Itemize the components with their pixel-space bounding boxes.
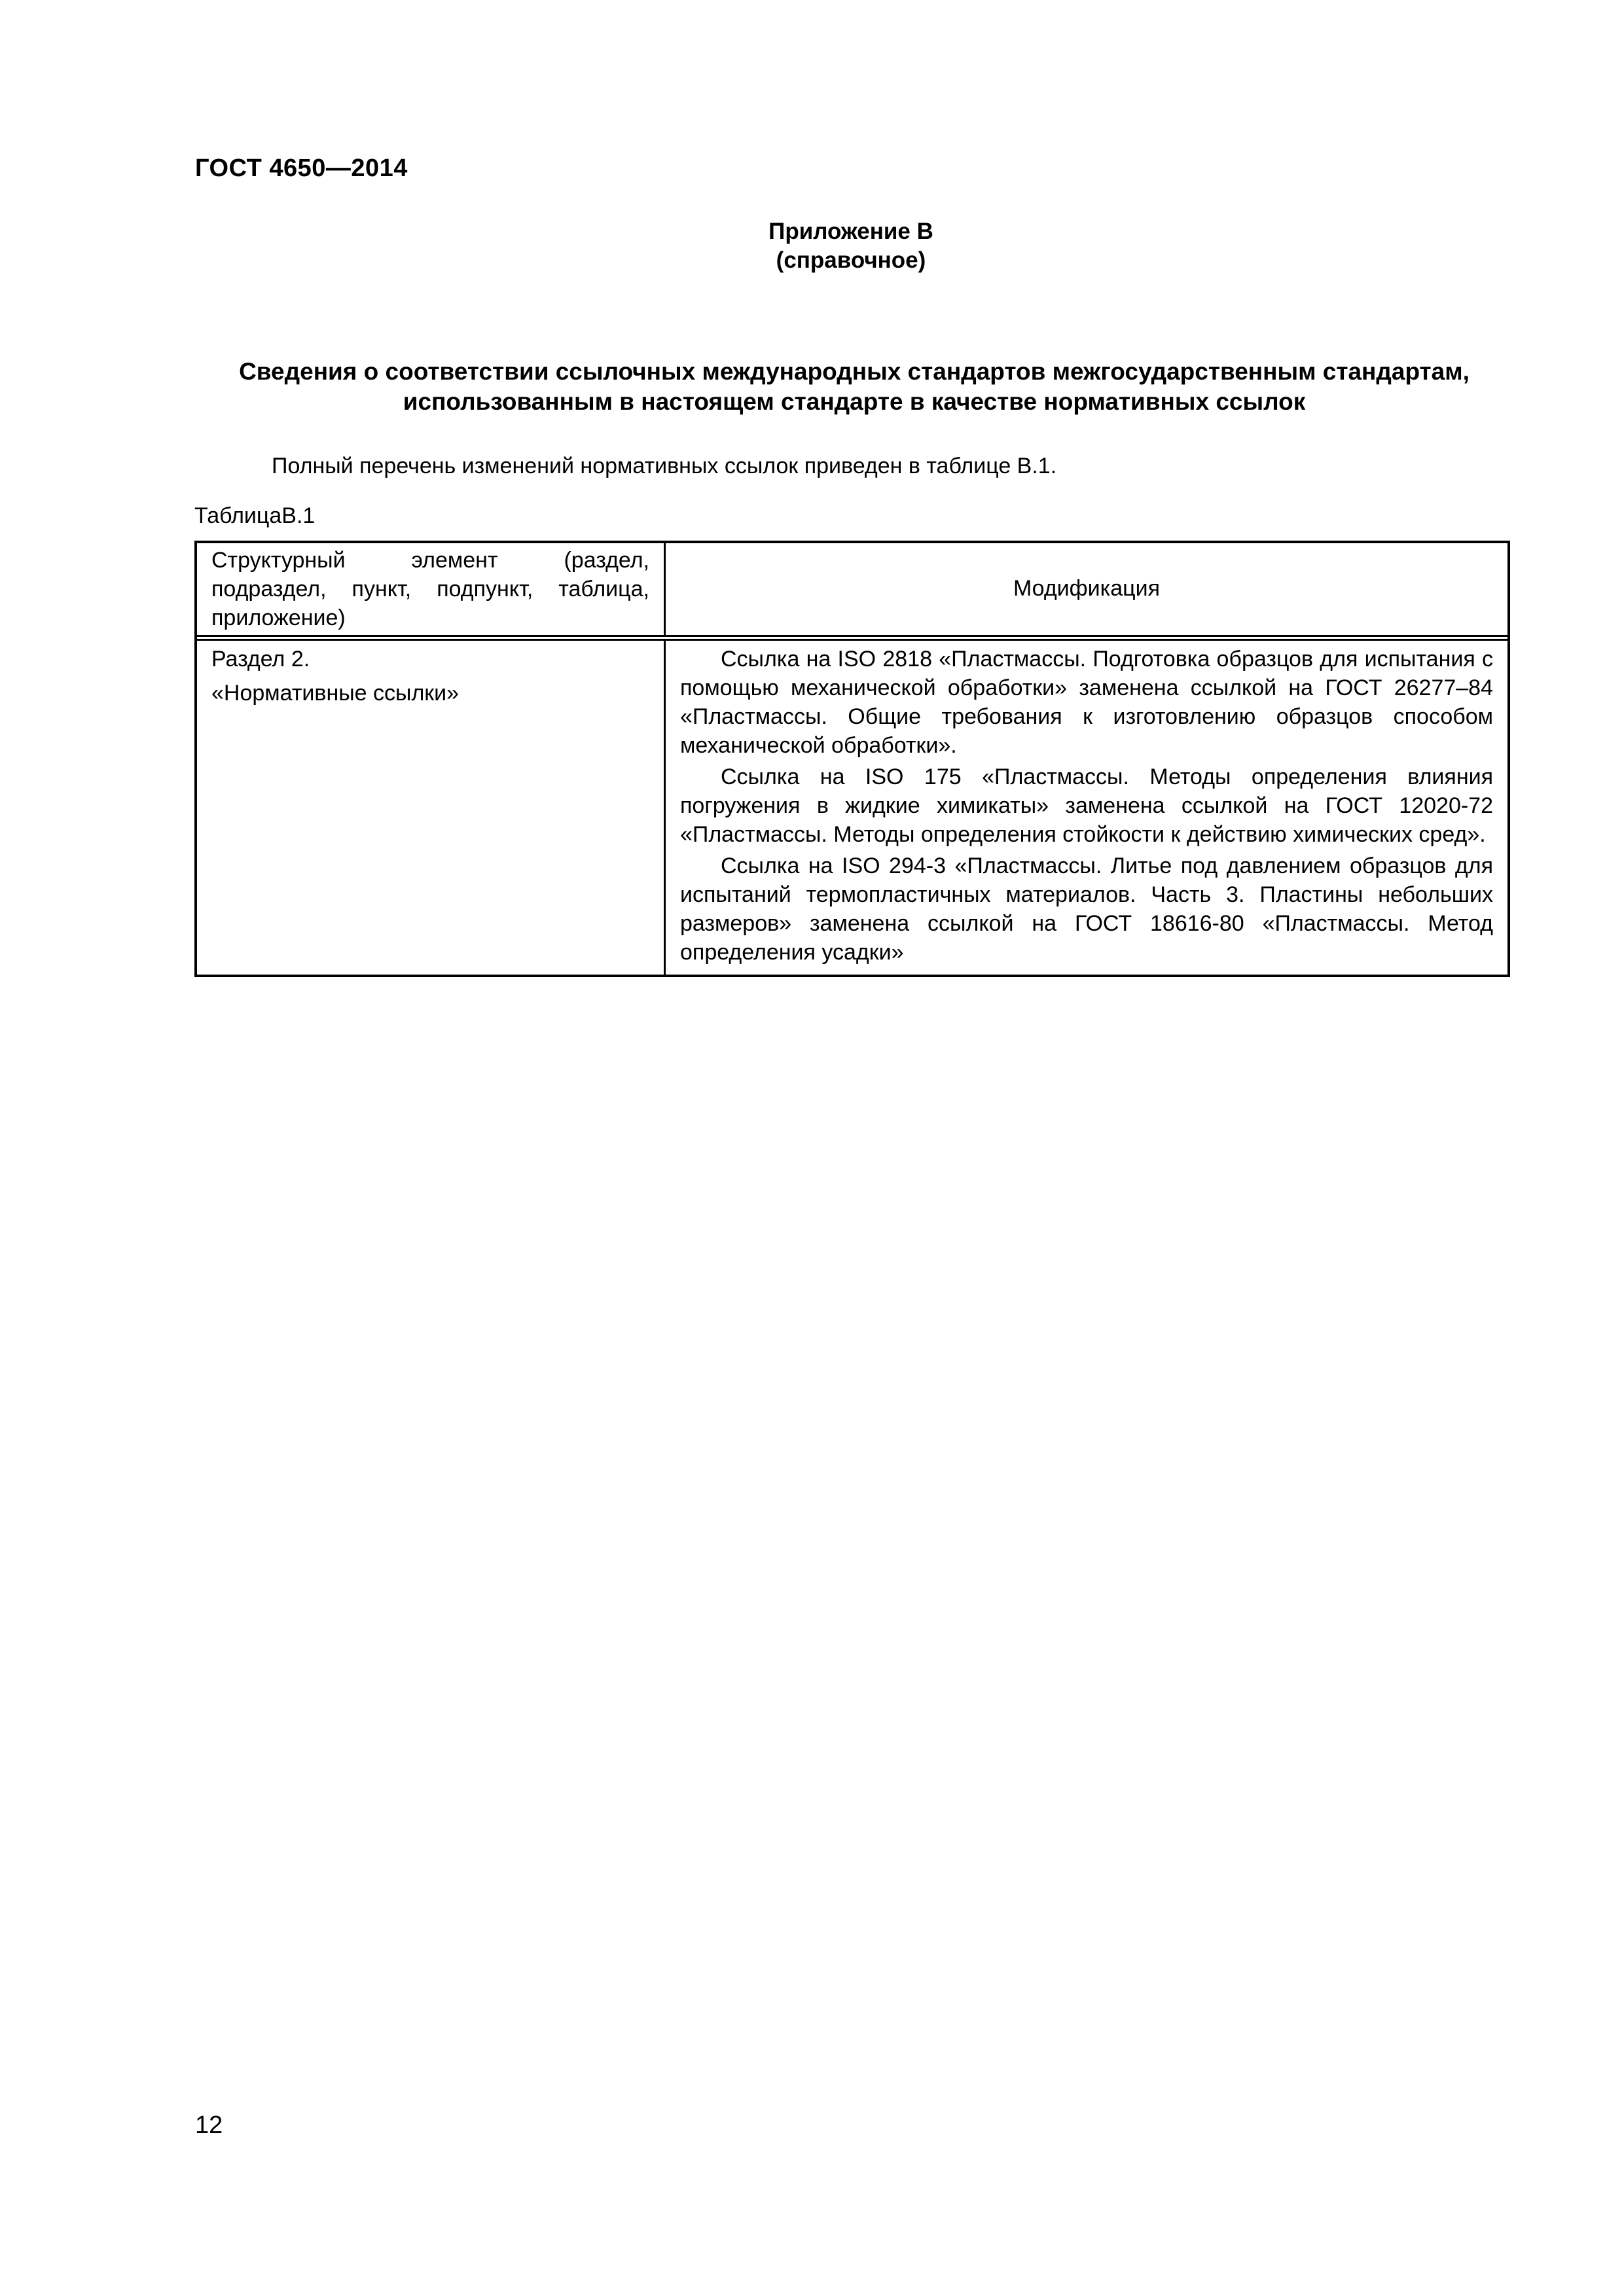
table-row: Раздел 2. «Нормативные ссылки» Ссылка на…: [197, 641, 1507, 975]
annex-title: Приложение В: [0, 217, 1624, 246]
modification-cell: Ссылка на ISO 2818 «Пластмассы. Подготов…: [666, 641, 1507, 975]
element-section-name: «Нормативные ссылки»: [211, 679, 649, 708]
column-header-structural-element: Структурный элемент (раздел, подраздел, …: [197, 543, 666, 635]
annex-subtitle: (справочное): [0, 246, 1624, 275]
modification-item: Ссылка на ISO 294-3 «Пластмассы. Литье п…: [680, 852, 1493, 967]
document-code: ГОСТ 4650—2014: [195, 154, 408, 183]
page-number: 12: [195, 2111, 223, 2140]
modification-item: Ссылка на ISO 2818 «Пластмассы. Подготов…: [680, 645, 1493, 760]
intro-paragraph: Полный перечень изменений нормативных сс…: [272, 452, 1056, 480]
column-header-modification: Модификация: [666, 543, 1507, 635]
references-table: Структурный элемент (раздел, подраздел, …: [194, 541, 1510, 977]
table-header-row: Структурный элемент (раздел, подраздел, …: [197, 543, 1507, 641]
table-caption: ТаблицаВ.1: [194, 501, 315, 530]
modification-item: Ссылка на ISO 175 «Пластмассы. Методы оп…: [680, 762, 1493, 849]
element-section-number: Раздел 2.: [211, 645, 649, 673]
structural-element-cell: Раздел 2. «Нормативные ссылки»: [197, 641, 666, 975]
column-header-modification-label: Модификация: [1013, 574, 1160, 603]
section-heading: Сведения о соответствии ссылочных междун…: [196, 357, 1512, 417]
